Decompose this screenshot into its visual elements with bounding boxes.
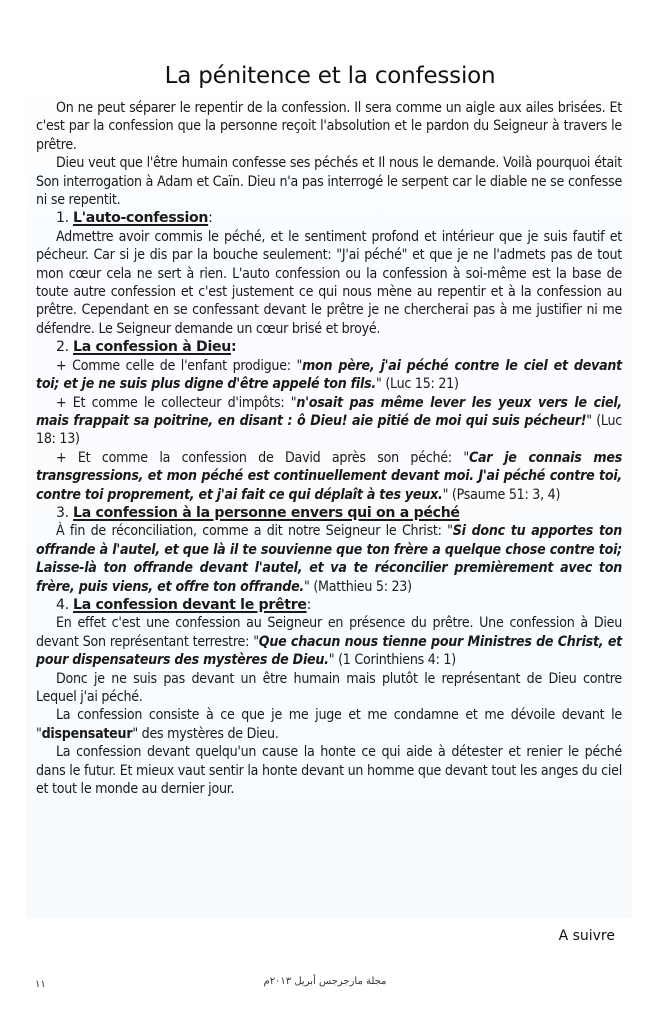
article-body: On ne peut séparer le repentir de la con… [26,96,632,918]
section-title: La confession devant le prêtre [73,597,307,613]
section-number: 2. [56,339,69,355]
section-suffix: : [208,210,212,226]
section-suffix: : [307,597,311,613]
scripture-ref: " (1 Corinthiens 4: 1) [329,652,456,668]
item-lead: + Et comme la confession de David après … [56,450,469,466]
section-title: La confession à Dieu [73,339,231,355]
scripture-item: + Et comme la confession de David après … [36,449,622,504]
item-lead: À fin de réconciliation, comme a dit not… [56,523,453,539]
page-title: La pénitence et la confession [0,63,660,89]
section-1-text: Admettre avoir commis le péché, et le se… [36,228,622,338]
section-3-text: À fin de réconciliation, comme a dit not… [36,522,622,596]
section-4-text: En effet c'est une confession au Seigneu… [36,614,622,669]
section-suffix: : [231,339,236,355]
section-heading-2: 2. La confession à Dieu: [36,338,622,356]
magazine-footer: مجلة مارجرجس أبريل ٢٠١٣م [250,976,400,987]
intro-paragraph-2: Dieu veut que l'être humain confesse ses… [36,154,622,209]
scripture-ref: " (Psaume 51: 3, 4) [443,487,561,503]
closing-paragraph: La confession devant quelqu'un cause la … [36,743,622,798]
item-lead: + Et comme le collecteur d'impôts: " [56,395,296,411]
scripture-ref: " (Luc 15: 21) [376,376,459,392]
text-span: " des mystères de Dieu. [132,726,278,742]
section-title: La confession à la personne envers qui o… [73,505,460,521]
dispensateur-paragraph: La confession consiste à ce que je me ju… [36,706,622,743]
intro-paragraph-1: On ne peut séparer le repentir de la con… [36,99,622,154]
dispensateur-term: dispensateur [42,726,133,742]
page-number: ١١ [35,979,46,990]
section-heading-1: 1. L'auto-confession: [36,209,622,227]
section-title: L'auto-confession [73,210,208,226]
section-number: 4. [56,597,69,613]
section-heading-4: 4. La confession devant le prêtre: [36,596,622,614]
to-be-continued: A suivre [559,928,615,944]
section-number: 1. [56,210,69,226]
scripture-ref: " (Matthieu 5: 23) [304,579,412,595]
scripture-item: + Et comme le collecteur d'impôts: "n'os… [36,394,622,449]
item-lead: + Comme celle de l'enfant prodigue: " [56,358,302,374]
section-number: 3. [56,505,69,521]
section-heading-3: 3. La confession à la personne envers qu… [36,504,622,522]
section-4-paragraph: Donc je ne suis pas devant un être humai… [36,670,622,707]
scripture-item: + Comme celle de l'enfant prodigue: "mon… [36,357,622,394]
